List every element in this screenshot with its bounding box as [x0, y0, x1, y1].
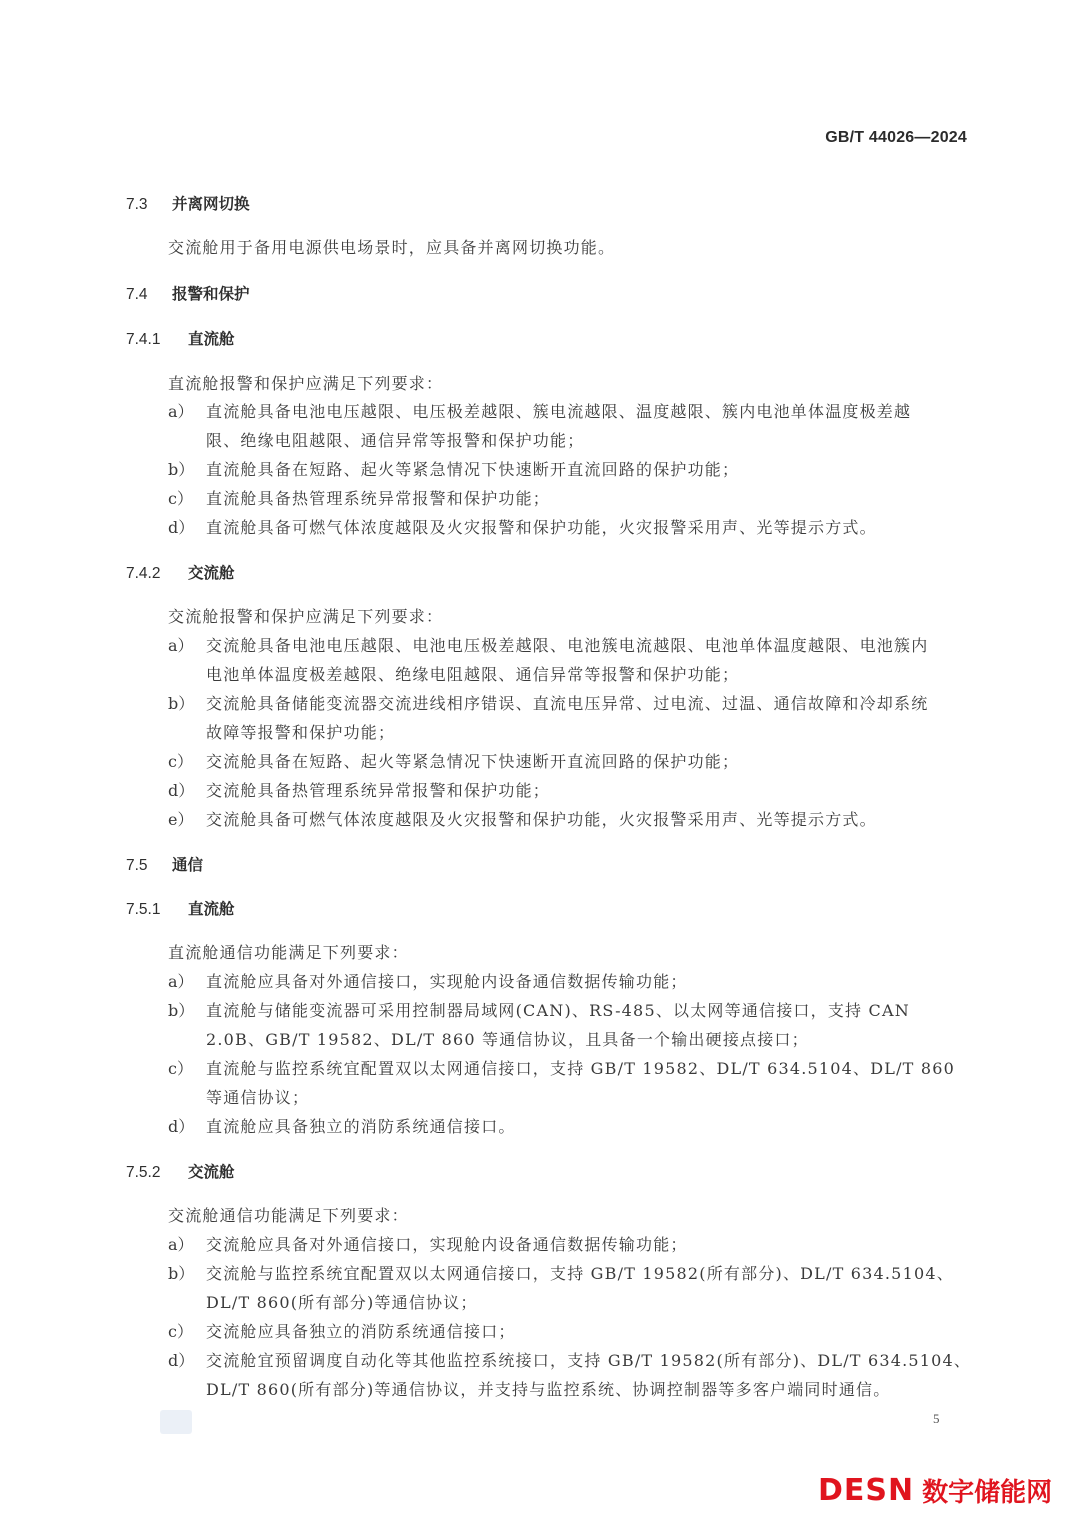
- section-title: 交流舱: [188, 564, 235, 582]
- list-marker: d）: [168, 781, 206, 801]
- list-marker: b）: [168, 1264, 206, 1284]
- section-title: 直流舱: [188, 330, 235, 348]
- list-marker: d）: [168, 1117, 206, 1137]
- section-number: 7.5: [126, 856, 172, 876]
- section-heading-7-5-2: 7.5.2交流舱: [126, 1162, 235, 1183]
- list-marker: b）: [168, 460, 206, 480]
- list-marker: c）: [168, 489, 206, 509]
- section-heading-7-3: 7.3并离网切换: [126, 194, 250, 215]
- list-item: c）交流舱应具备独立的消防系统通信接口；: [168, 1322, 516, 1342]
- list-text: 交流舱应具备独立的消防系统通信接口；: [206, 1322, 516, 1341]
- list-text: 直流舱具备热管理系统异常报警和保护功能；: [206, 489, 550, 508]
- list-text: 交流舱具备热管理系统异常报警和保护功能；: [206, 781, 550, 800]
- section-heading-7-4: 7.4报警和保护: [126, 284, 250, 305]
- list-item: d）直流舱应具备独立的消防系统通信接口。: [168, 1117, 516, 1137]
- list-item: b）直流舱具备在短路、起火等紧急情况下快速断开直流回路的保护功能；: [168, 460, 739, 480]
- list-marker: a）: [168, 402, 206, 422]
- section-number: 7.3: [126, 195, 172, 215]
- list-marker: b）: [168, 694, 206, 714]
- list-text: 交流舱与监控系统宜配置双以太网通信接口，支持 GB/T 19582(所有部分)、…: [206, 1264, 954, 1283]
- document-page: GB/T 44026—2024 7.3并离网切换 交流舱用于备用电源供电场景时，…: [0, 0, 1080, 1527]
- watermark: DESN 数字储能网: [818, 1472, 1052, 1509]
- list-item-continuation: 2.0B、GB/T 19582、DL/T 860 等通信协议，且具备一个输出硬接…: [206, 1030, 809, 1050]
- list-item: b）直流舱与储能变流器可采用控制器局域网(CAN)、RS-485、以太网等通信接…: [168, 1001, 910, 1021]
- list-item: d）交流舱宜预留调度自动化等其他监控系统接口，支持 GB/T 19582(所有部…: [168, 1351, 971, 1371]
- list-item: c）交流舱具备在短路、起火等紧急情况下快速断开直流回路的保护功能；: [168, 752, 739, 772]
- section-heading-7-4-1: 7.4.1直流舱: [126, 329, 235, 350]
- list-text: 交流舱具备可燃气体浓度越限及火灾报警和保护功能，火灾报警采用声、光等提示方式。: [206, 810, 877, 829]
- list-text: 交流舱宜预留调度自动化等其他监控系统接口，支持 GB/T 19582(所有部分)…: [206, 1351, 971, 1370]
- list-text: 直流舱与储能变流器可采用控制器局域网(CAN)、RS-485、以太网等通信接口，…: [206, 1001, 910, 1020]
- list-text: 直流舱应具备对外通信接口，实现舱内设备通信数据传输功能；: [206, 972, 688, 991]
- list-marker: c）: [168, 752, 206, 772]
- list-item: b）交流舱与监控系统宜配置双以太网通信接口，支持 GB/T 19582(所有部分…: [168, 1264, 954, 1284]
- list-item: d）直流舱具备可燃气体浓度越限及火灾报警和保护功能，火灾报警采用声、光等提示方式…: [168, 518, 877, 538]
- list-text: 直流舱与监控系统宜配置双以太网通信接口，支持 GB/T 19582、DL/T 6…: [206, 1059, 955, 1078]
- section-heading-7-5-1: 7.5.1直流舱: [126, 899, 235, 920]
- section-number: 7.5.2: [126, 1163, 188, 1183]
- paragraph: 交流舱通信功能满足下列要求：: [168, 1206, 409, 1226]
- page-number: 5: [933, 1411, 940, 1427]
- section-number: 7.4: [126, 285, 172, 305]
- list-item: c）直流舱具备热管理系统异常报警和保护功能；: [168, 489, 550, 509]
- list-marker: d）: [168, 1351, 206, 1371]
- list-item: d）交流舱具备热管理系统异常报警和保护功能；: [168, 781, 550, 801]
- publisher-logo-icon: [160, 1410, 192, 1434]
- paragraph: 直流舱通信功能满足下列要求：: [168, 943, 409, 963]
- list-item-continuation: 故障等报警和保护功能；: [206, 723, 395, 743]
- list-text: 直流舱具备可燃气体浓度越限及火灾报警和保护功能，火灾报警采用声、光等提示方式。: [206, 518, 877, 537]
- watermark-brand: DESN: [818, 1473, 914, 1508]
- list-item: a）直流舱具备电池电压越限、电压极差越限、簇电流越限、温度越限、簇内电池单体温度…: [168, 402, 911, 422]
- list-item: a）交流舱具备电池电压越限、电池电压极差越限、电池簇电流越限、电池单体温度越限、…: [168, 636, 928, 656]
- list-text: 直流舱具备电池电压越限、电压极差越限、簇电流越限、温度越限、簇内电池单体温度极差…: [206, 402, 911, 421]
- list-text: 直流舱应具备独立的消防系统通信接口。: [206, 1117, 516, 1136]
- list-text: 交流舱应具备对外通信接口，实现舱内设备通信数据传输功能；: [206, 1235, 688, 1254]
- list-marker: a）: [168, 972, 206, 992]
- list-item: a）直流舱应具备对外通信接口，实现舱内设备通信数据传输功能；: [168, 972, 688, 992]
- list-marker: a）: [168, 636, 206, 656]
- standard-code: GB/T 44026—2024: [825, 129, 967, 147]
- section-title: 并离网切换: [172, 195, 250, 213]
- list-marker: e）: [168, 810, 206, 830]
- list-marker: c）: [168, 1059, 206, 1079]
- list-item: b）交流舱具备储能变流器交流进线相序错误、直流电压异常、过电流、过温、通信故障和…: [168, 694, 928, 714]
- section-title: 直流舱: [188, 900, 235, 918]
- paragraph: 直流舱报警和保护应满足下列要求：: [168, 374, 443, 394]
- section-heading-7-5: 7.5通信: [126, 855, 203, 876]
- list-marker: c）: [168, 1322, 206, 1342]
- section-heading-7-4-2: 7.4.2交流舱: [126, 563, 235, 584]
- section-number: 7.4.2: [126, 564, 188, 584]
- list-text: 交流舱具备电池电压越限、电池电压极差越限、电池簇电流越限、电池单体温度越限、电池…: [206, 636, 928, 655]
- list-item: e）交流舱具备可燃气体浓度越限及火灾报警和保护功能，火灾报警采用声、光等提示方式…: [168, 810, 877, 830]
- list-item-continuation: 电池单体温度极差越限、绝缘电阻越限、通信异常等报警和保护功能；: [206, 665, 739, 685]
- list-item-continuation: 等通信协议；: [206, 1088, 309, 1108]
- list-text: 交流舱具备在短路、起火等紧急情况下快速断开直流回路的保护功能；: [206, 752, 739, 771]
- list-item: a）交流舱应具备对外通信接口，实现舱内设备通信数据传输功能；: [168, 1235, 688, 1255]
- list-marker: d）: [168, 518, 206, 538]
- section-title: 交流舱: [188, 1163, 235, 1181]
- list-text: 直流舱具备在短路、起火等紧急情况下快速断开直流回路的保护功能；: [206, 460, 739, 479]
- list-item-continuation: DL/T 860(所有部分)等通信协议，并支持与监控系统、协调控制器等多客户端同…: [206, 1380, 890, 1400]
- list-item-continuation: DL/T 860(所有部分)等通信协议；: [206, 1293, 478, 1313]
- list-item-continuation: 限、绝缘电阻越限、通信异常等报警和保护功能；: [206, 431, 584, 451]
- list-marker: b）: [168, 1001, 206, 1021]
- paragraph: 交流舱用于备用电源供电场景时，应具备并离网切换功能。: [168, 238, 615, 258]
- list-item: c）直流舱与监控系统宜配置双以太网通信接口，支持 GB/T 19582、DL/T…: [168, 1059, 955, 1079]
- section-title: 报警和保护: [172, 285, 250, 303]
- paragraph: 交流舱报警和保护应满足下列要求：: [168, 607, 443, 627]
- section-number: 7.4.1: [126, 330, 188, 350]
- list-marker: a）: [168, 1235, 206, 1255]
- section-number: 7.5.1: [126, 900, 188, 920]
- section-title: 通信: [172, 856, 203, 874]
- watermark-name: 数字储能网: [922, 1472, 1052, 1509]
- list-text: 交流舱具备储能变流器交流进线相序错误、直流电压异常、过电流、过温、通信故障和冷却…: [206, 694, 928, 713]
